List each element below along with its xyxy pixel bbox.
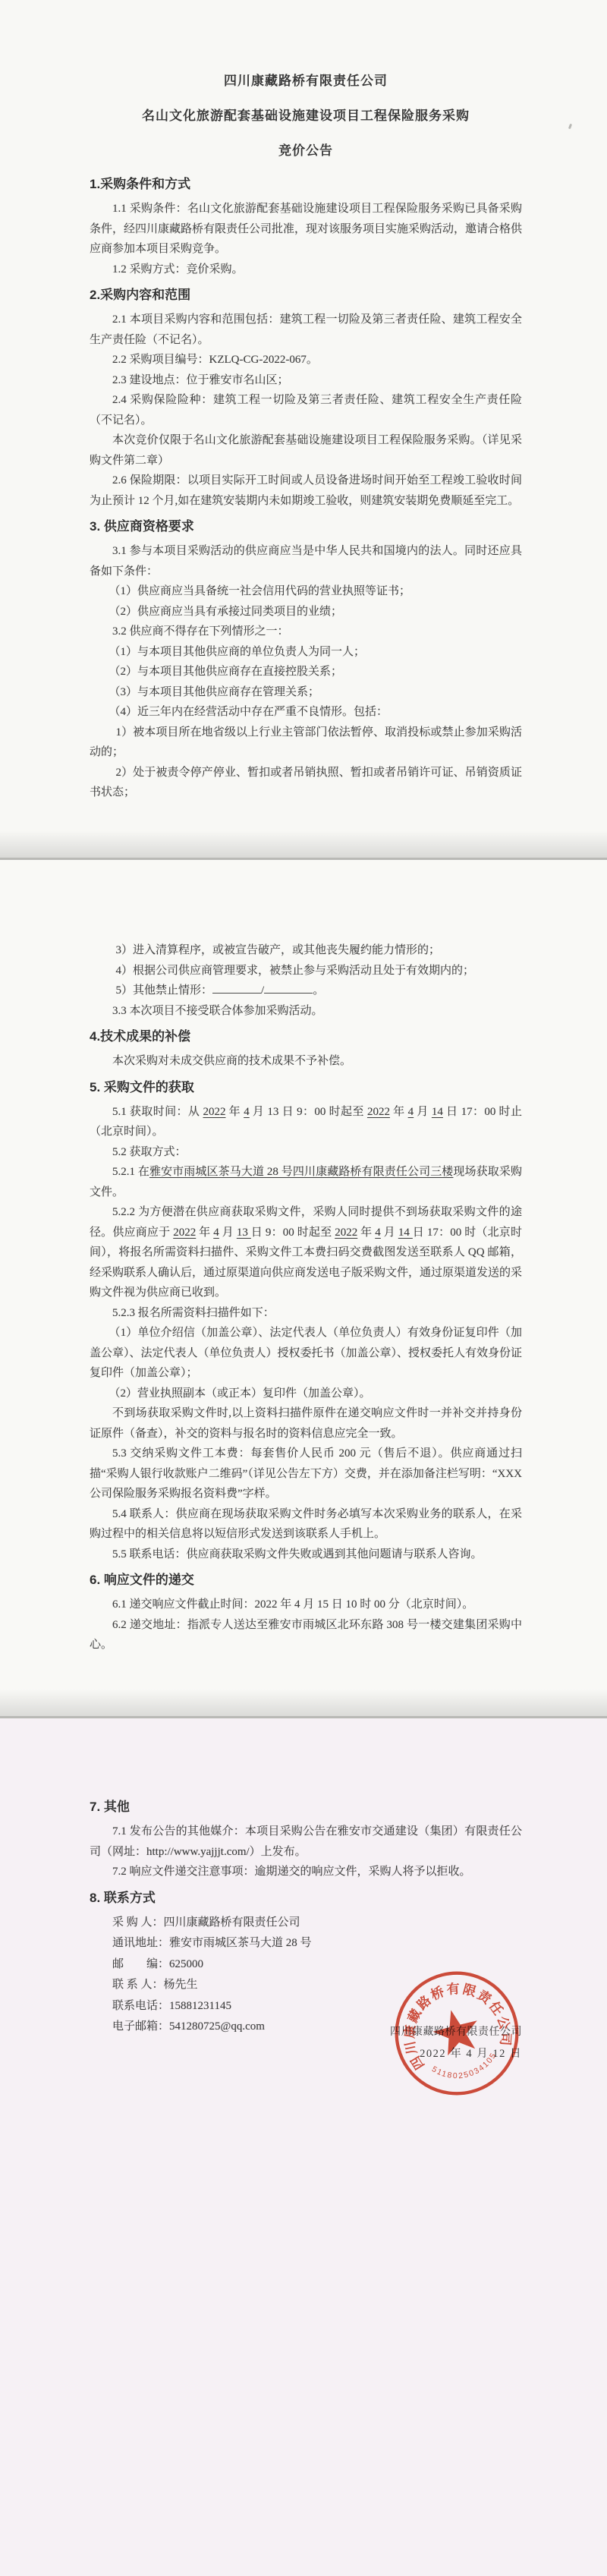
sub-list-item: 4）根据公司供应商管理要求，被禁止参与采购活动且处于有效期内的； [90,961,522,981]
paragraph-5-2-1: 5.2.1 在雅安市雨城区茶马大道 28 号四川康藏路桥有限责任公司三楼现场获取… [90,1162,522,1202]
sub-list-item: 3）进入清算程序，或被宣告破产，或其他丧失履约能力情形的； [90,940,522,961]
text-part: 。 [313,984,324,997]
paragraph-6-1: 6.1 递交响应文件截止时间：2022 年 4 月 15 日 10 时 00 分… [90,1595,522,1615]
list-item: （2）与本项目其他供应商存在直接控股关系； [90,662,522,682]
list-item: （2）营业执照副本（或正本）复印件（加盖公章）。 [90,1384,522,1404]
list-item: （2）供应商应当具有承接过同类项目的业绩； [90,602,522,622]
seal-star-icon [429,2004,483,2058]
paragraph-5-2: 5.2 获取方式： [90,1142,522,1163]
paragraph-5-5: 5.5 联系电话：供应商获取采购文件失败或遇到其他问题请与联系人咨询。 [90,1545,522,1565]
paragraph-6-2: 6.2 递交地址：指派专人送达至雅安市雨城区北环东路 308 号一楼交建集团采购… [90,1615,522,1655]
text-part: 月 [381,1227,398,1239]
underlined-text: 2022 [203,1106,225,1118]
section-heading-6: 6. 响应文件的递交 [90,1569,522,1592]
page-1: 四川康藏路桥有限责任公司 名山文化旅游配套基础设施建设项目工程保险服务采购 竞价… [0,0,607,858]
text-part: 月 13 日 9：00 时起至 [250,1106,367,1118]
paragraph-5-1: 5.1 获取时间：从 2022 年 4 月 13 日 9：00 时起至 2022… [90,1102,522,1142]
paragraph-4: 本次采购对未成交供应商的技术成果不予补偿。 [90,1051,522,1072]
page-3: 7. 其他 7.1 发布公告的其他媒介：本项目采购公告在雅安市交通建设（集团）有… [0,1718,607,2576]
paragraph-1-2: 1.2 采购方式：竞价采购。 [90,260,522,280]
page-2: 3）进入清算程序，或被宣告破产，或其他丧失履约能力情形的； 4）根据公司供应商管… [0,860,607,1716]
paragraph-note: 不到场获取采购文件时,以上资料扫描件原件在递交响应文件时一并补交并持身份证原件（… [90,1403,522,1444]
text-part: 5.2.1 在 [112,1166,149,1178]
paragraph-5-2-2: 5.2.2 为方便潜在供应商获取采购文件，采购人同时提供不到场获取采购文件的途径… [90,1202,522,1303]
doc-title-line-3: 竞价公告 [90,134,522,168]
paragraph-2-3: 2.3 建设地点：位于雅安市名山区； [90,370,522,391]
underlined-text: 14 [398,1227,413,1239]
sub-list-item-blank: 5）其他禁止情形：/。 [90,981,522,1001]
underlined-text: 2022 [173,1227,196,1239]
doc-title-line-2: 名山文化旅游配套基础设施建设项目工程保险服务采购 [90,99,522,134]
underlined-text: 2022 [367,1106,390,1118]
underlined-text: 4 [375,1227,381,1239]
section-heading-4: 4.技术成果的补偿 [90,1025,522,1048]
paragraph-5-4: 5.4 联系人：供应商在现场获取采购文件时务必填写本次采购业务的联系人，在采购过… [90,1504,522,1545]
section-heading-3: 3. 供应商资格要求 [90,515,522,538]
text-part: 日 9：00 时起至 [251,1227,335,1239]
list-item: （1）单位介绍信（加盖公章）、法定代表人（单位负责人）有效身份证复印件（加盖公章… [90,1323,522,1384]
paragraph-7-2: 7.2 响应文件递交注意事项：逾期递交的响应文件，采购人将予以拒收。 [90,1862,522,1882]
blank-underline [212,981,261,994]
paragraph-7-1: 7.1 发布公告的其他媒介：本项目采购公告在雅安市交通建设（集团）有限责任公司（… [90,1822,522,1862]
text-part: 年 [357,1227,375,1239]
contact-line-buyer: 采 购 人：四川康藏路桥有限责任公司 [90,1913,522,1934]
text-part: 年 [225,1106,244,1118]
section-heading-2: 2.采购内容和范围 [90,284,522,307]
section-heading-7: 7. 其他 [90,1796,522,1819]
list-item: （1）供应商应当具备统一社会信用代码的营业执照等证书； [90,581,522,602]
text-part: 月 [219,1227,237,1239]
paragraph-1-1: 1.1 采购条件：名山文化旅游配套基础设施建设项目工程保险服务采购已具备采购条件… [90,199,522,260]
sub-list-item: 1）被本项目所在地省级以上行业主管部门依法暂停、取消投标或禁止参加采购活动的； [90,723,522,763]
paragraph-5-3: 5.3 交纳采购文件工本费：每套售价人民币 200 元（售后不退）。供应商通过扫… [90,1444,522,1504]
paragraph-3-1: 3.1 参与本项目采购活动的供应商应当是中华人民共和国境内的法人。同时还应具备如… [90,541,522,581]
doc-title-line-1: 四川康藏路桥有限责任公司 [90,64,522,99]
text-part: 年 [390,1106,408,1118]
underlined-text: 2022 [335,1227,357,1239]
underlined-text: 14 [432,1106,443,1118]
paragraph-3-2: 3.2 供应商不得存在下列情形之一： [90,622,522,642]
underlined-text: 4 [244,1106,250,1118]
paragraph-5-2-3: 5.2.3 报名所需资料扫描件如下： [90,1303,522,1324]
blank-underline [264,981,313,994]
list-item: （3）与本项目其他供应商存在管理关系； [90,682,522,703]
paragraph-2-6: 2.6 保险期限：以项目实际开工时间或人员设备进场时间开始至工程竣工验收时间为止… [90,471,522,511]
underlined-text: 4 [213,1227,219,1239]
paragraph-2-1: 2.1 本项目采购内容和范围包括：建筑工程一切险及第三者责任险、建筑工程安全生产… [90,310,522,350]
text-part: 月 [414,1106,432,1118]
paragraph-2-2: 2.2 采购项目编号：KZLQ-CG-2022-067。 [90,350,522,370]
text-part: 5.1 获取时间：从 [112,1106,203,1118]
paragraph-2-4: 2.4 采购保险险种：建筑工程一切险及第三者责任险、建筑工程安全生产责任险（不记… [90,390,522,430]
underlined-text: 雅安市雨城区茶马大道 28 号四川康藏路桥有限责任公司三楼 [149,1166,453,1178]
list-item: （1）与本项目其他供应商的单位负责人为同一人； [90,642,522,663]
list-item: （4）近三年内在经营活动中存在严重不良情形。包括： [90,702,522,723]
paragraph-2-5: 本次竞价仅限于名山文化旅游配套基础设施建设项目工程保险服务采购。（详见采购文件第… [90,430,522,471]
text-part: 5）其他禁止情形： [116,984,213,997]
underlined-text: 13 [237,1227,251,1239]
sub-list-item: 2）处于被责令停产停业、暂扣或者吊销执照、暂扣或者吊销许可证、吊销资质证书状态； [90,763,522,803]
paragraph-3-3: 3.3 本次项目不接受联合体参加采购活动。 [90,1001,522,1022]
scanned-document: 四川康藏路桥有限责任公司 名山文化旅游配套基础设施建设项目工程保险服务采购 竞价… [0,0,607,2576]
section-heading-5: 5. 采购文件的获取 [90,1076,522,1099]
section-heading-8: 8. 联系方式 [90,1887,522,1910]
text-part: 年 [196,1227,213,1239]
section-heading-1: 1.采购条件和方式 [90,173,522,196]
contact-line-address: 通讯地址：雅安市雨城区茶马大道 28 号 [90,1933,522,1954]
